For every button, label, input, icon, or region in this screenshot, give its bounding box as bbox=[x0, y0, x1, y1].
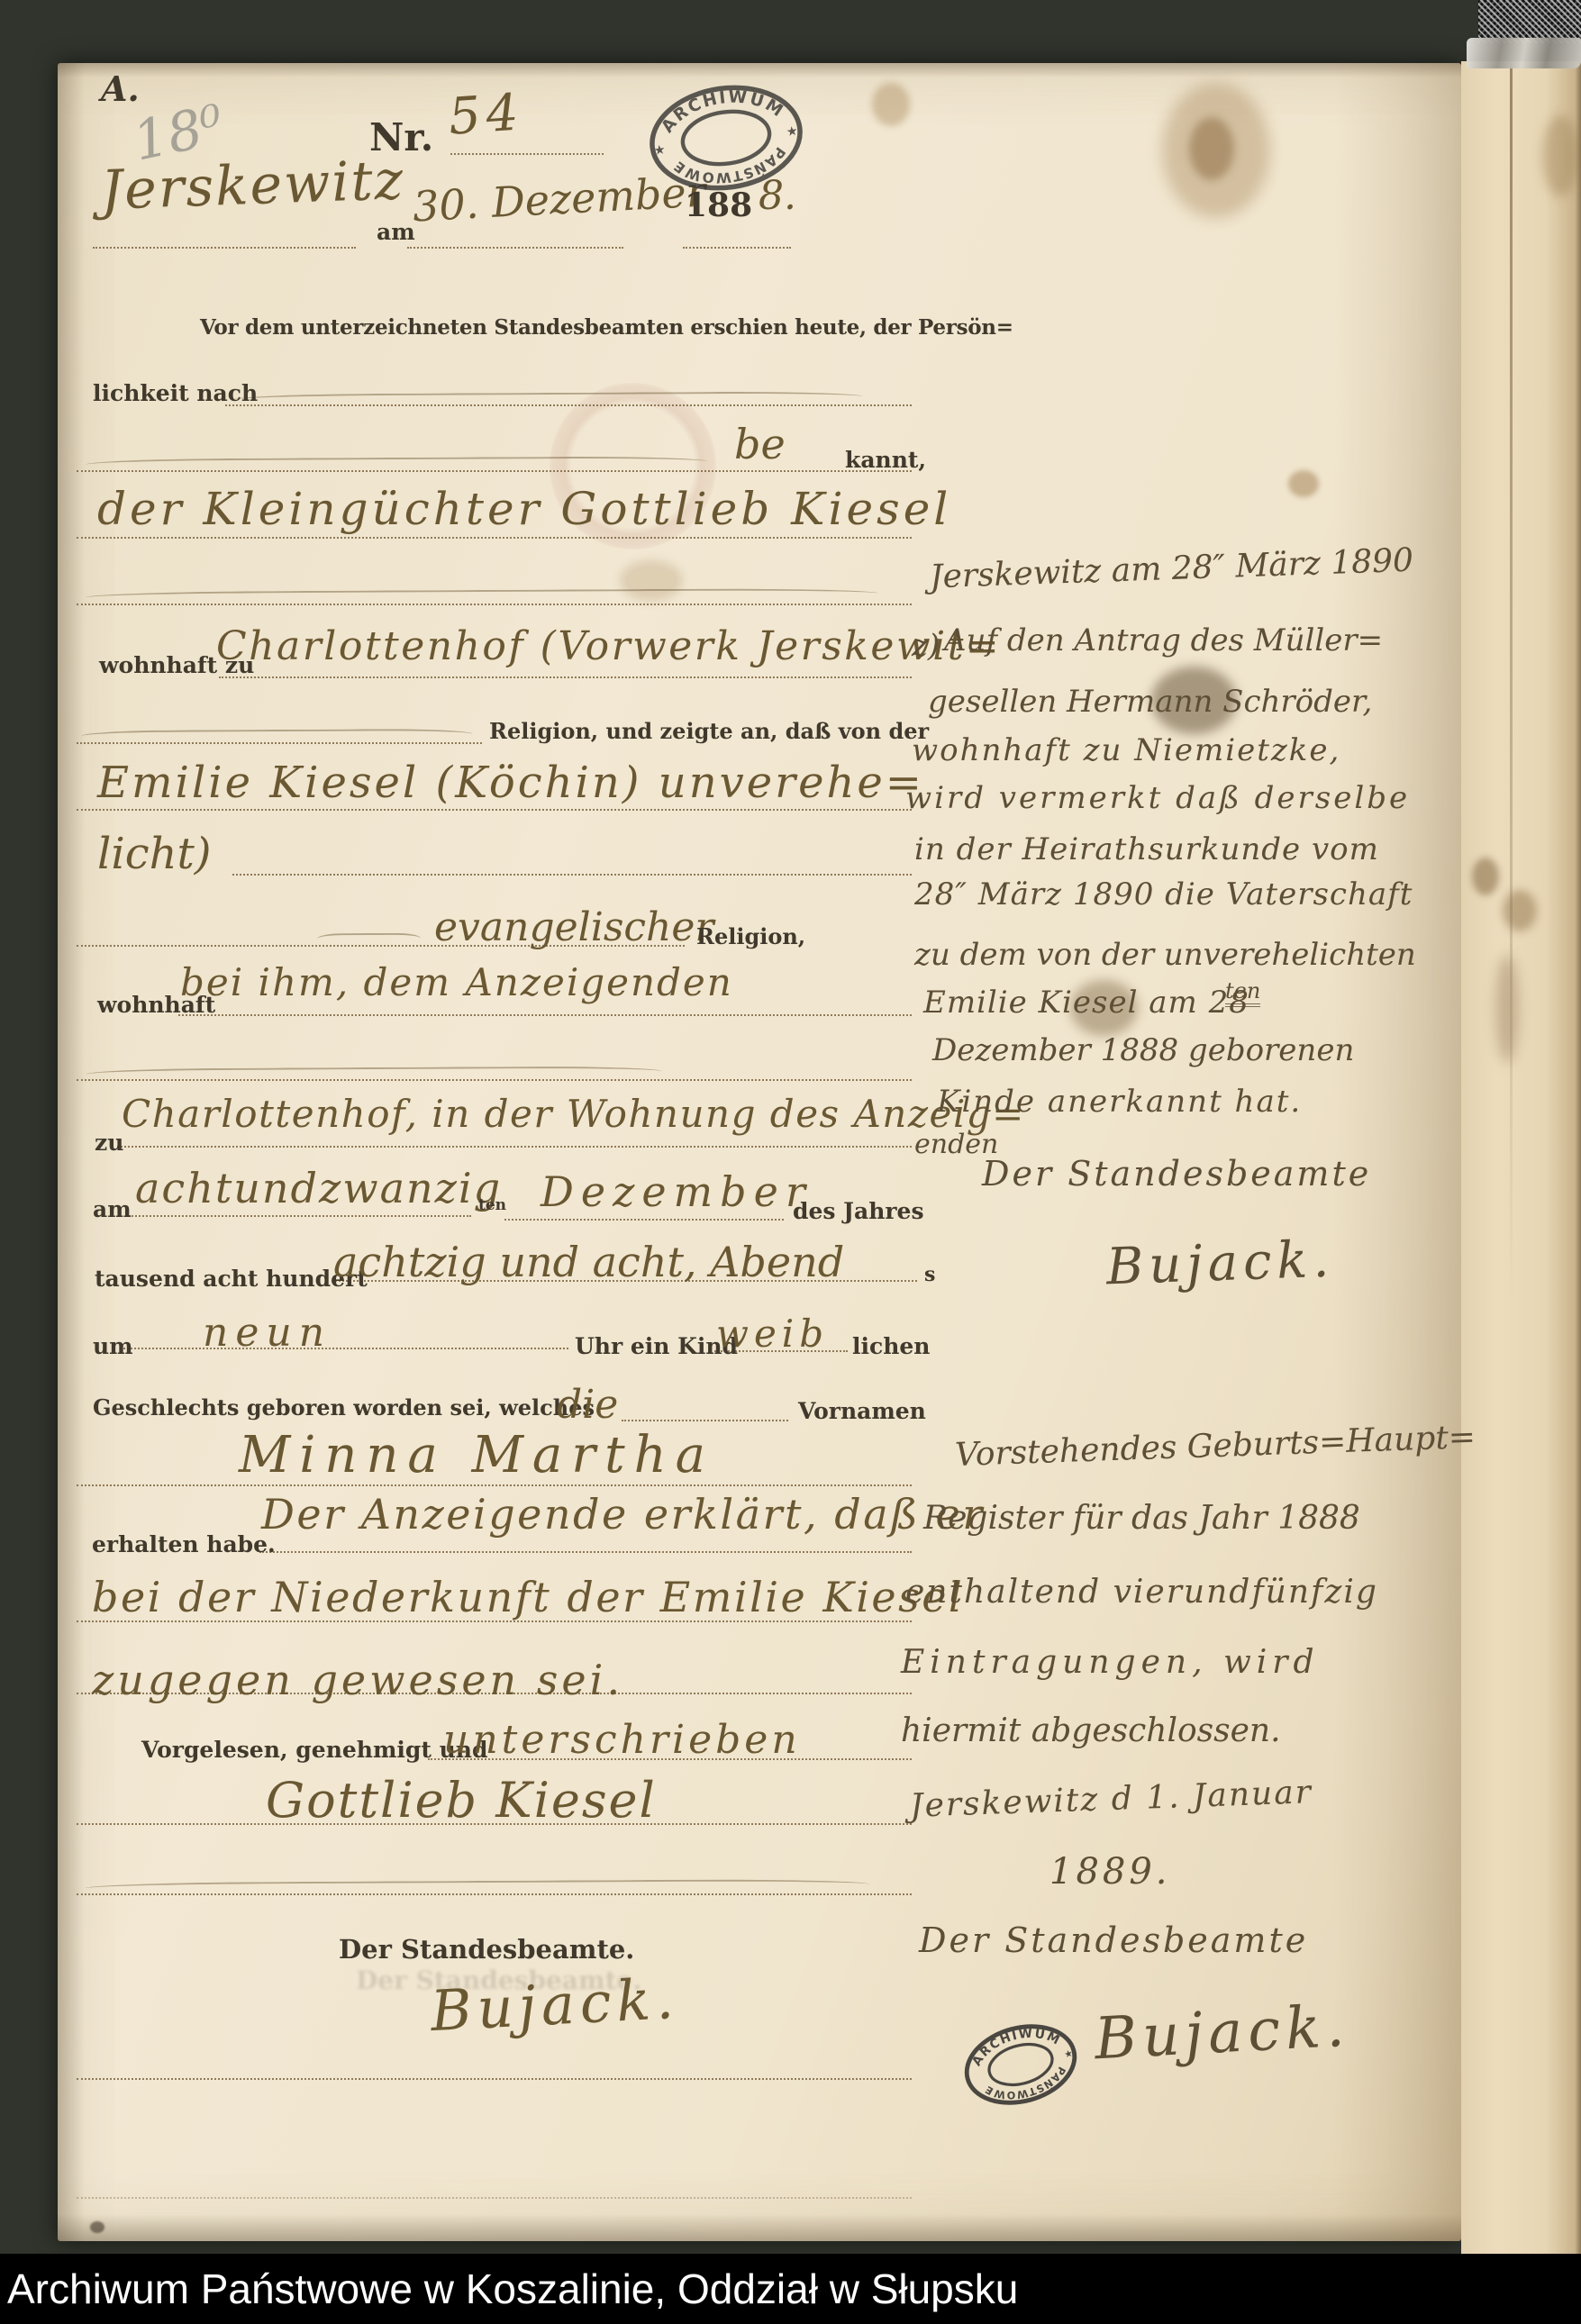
dotted-rule bbox=[622, 1420, 788, 1421]
archive-footer-bar: Archiwum Państwowe w Koszalinie, Oddział… bbox=[0, 2254, 1581, 2324]
margin-note1-line: Dezember 1888 geborenen bbox=[932, 1035, 1354, 1066]
zu-label: zu bbox=[95, 1131, 123, 1154]
geschlechts-label: Geschlechts geboren worden sei, welches bbox=[93, 1397, 595, 1419]
margin-note1-registrar: Der Standesbeamte bbox=[982, 1157, 1371, 1191]
dotted-rule bbox=[77, 742, 482, 744]
lichen-label: lichen bbox=[852, 1335, 930, 1357]
page-edge-shade-left bbox=[58, 63, 85, 2241]
margin-note1-line: gesellen Hermann Schröder, bbox=[928, 686, 1372, 717]
die-entry: die bbox=[557, 1385, 618, 1425]
margin-note1-line: 28″ März 1890 die Vaterschaft bbox=[914, 879, 1413, 910]
dotted-rule bbox=[450, 153, 604, 155]
dotted-rule bbox=[178, 1014, 912, 1016]
page-crease-line bbox=[1510, 63, 1513, 1306]
kannt-label: kannt, bbox=[845, 449, 926, 471]
registrar-label: Der Standesbeamte. bbox=[339, 1937, 634, 1963]
am-label: am bbox=[377, 221, 415, 243]
dotted-rule bbox=[117, 1146, 912, 1148]
dotted-rule bbox=[77, 2197, 912, 2199]
form-intro-line2: lichkeit nach bbox=[93, 382, 258, 404]
margin-note2-line: hiermit abgeschlossen. bbox=[901, 1715, 1281, 1748]
dotted-rule bbox=[77, 604, 912, 605]
year-words-entry: achtzig und acht, Abend bbox=[333, 1241, 844, 1283]
archive-footer-text: Archiwum Państwowe w Koszalinie, Oddział… bbox=[7, 2254, 1018, 2324]
dotted-rule bbox=[129, 1215, 471, 1217]
residence-wrap-entry: z) bbox=[912, 631, 940, 661]
margin-note1-line: Kinde anerkannt hat. bbox=[937, 1086, 1302, 1117]
dotted-rule bbox=[225, 404, 912, 406]
place-entry: Jerskewitz bbox=[100, 153, 405, 218]
foil-wrap bbox=[1467, 38, 1581, 68]
dotted-rule bbox=[93, 247, 356, 249]
religion-label: Religion, bbox=[696, 926, 805, 948]
uhr-ein-kind-label: Uhr ein Kind bbox=[575, 1335, 738, 1357]
dotted-rule bbox=[683, 247, 791, 249]
form-corner-letter: A. bbox=[101, 72, 140, 106]
stamp-star-right: ★ bbox=[786, 124, 799, 141]
dotted-rule bbox=[232, 874, 912, 876]
form-intro-line1: Vor dem unterzeichneten Standesbeamten e… bbox=[200, 317, 1013, 338]
page-gutter-shade bbox=[1333, 63, 1461, 2241]
margin-note2-signature: Bujack. bbox=[1094, 1998, 1351, 2069]
residence2-entry: bei ihm, dem Anzeigenden bbox=[180, 964, 733, 1002]
scanned-document-photo: { "stamp": {"top": "ARCHIWUM", "bottom":… bbox=[0, 0, 1581, 2324]
residence-entry: Charlottenhof (Vorwerk Jerskewit= bbox=[216, 627, 1001, 667]
margin-note1-line: in der Heirathsurkunde vom bbox=[914, 834, 1379, 865]
birth-month-entry: Dezember bbox=[541, 1171, 813, 1212]
dotted-rule bbox=[77, 1079, 912, 1081]
margin-note2-line: Eintragungen, wird bbox=[901, 1647, 1320, 1679]
hour-entry: neun bbox=[203, 1313, 332, 1353]
margin-note1-line: wohnhaft zu Niemietzke, bbox=[912, 735, 1340, 766]
dotted-rule bbox=[77, 1893, 912, 1895]
birthplace-entry: Charlottenhof, in der Wohnung des Anzeig… bbox=[122, 1095, 1025, 1133]
registrar-signature: Bujack. bbox=[430, 1971, 681, 2039]
dotted-rule bbox=[77, 470, 912, 472]
be-entry: be bbox=[734, 423, 786, 465]
vornamen-label: Vornamen bbox=[798, 1400, 926, 1422]
child-names-entry: Minna Martha bbox=[239, 1430, 714, 1481]
dotted-rule bbox=[407, 247, 623, 249]
document-page bbox=[58, 63, 1461, 2241]
adjacent-page-edge bbox=[1461, 61, 1581, 2254]
margin-note1-line: zu dem von der unverehelichten bbox=[914, 940, 1416, 970]
margin-note2-registrar: Der Standesbeamte bbox=[919, 1923, 1308, 1957]
religion-entry: evangelischer bbox=[434, 908, 713, 948]
sex-entry: weib bbox=[716, 1315, 829, 1353]
dotted-rule bbox=[120, 1348, 568, 1349]
statement-entry-line2: bei der Niederkunft der Emilie Kiesel bbox=[92, 1576, 964, 1618]
archive-stamp: ARCHIWUM PAŃSTWOWE ★ ★ bbox=[640, 72, 812, 203]
pen-stroke bbox=[317, 933, 421, 945]
birth-day-entry: achtundzwanzig bbox=[135, 1167, 502, 1209]
am-day-label: am bbox=[93, 1198, 132, 1221]
mother-entry-line2: licht) bbox=[97, 832, 212, 876]
margin-note1-line: wird vermerkt daß derselbe bbox=[905, 783, 1410, 813]
vorgelesen-label: Vorgelesen, genehmigt und bbox=[141, 1738, 487, 1761]
declarant-entry: der Kleingüchter Gottlieb Kiesel bbox=[97, 486, 951, 531]
margin-note1-line: Emilie Kiesel am 28 bbox=[923, 987, 1249, 1018]
dotted-rule bbox=[219, 676, 912, 678]
margin-note2-line: enthaltend vierundfünfzig bbox=[905, 1576, 1378, 1609]
statement-entry-line3: zugegen gewesen sei. bbox=[92, 1659, 623, 1701]
des-jahres-label: des Jahres bbox=[793, 1200, 924, 1222]
mother-entry-line1: Emilie Kiesel (Köchin) unverehe= bbox=[97, 761, 924, 804]
dotted-rule bbox=[77, 2078, 912, 2080]
tausend-label: tausend acht hundert bbox=[95, 1267, 368, 1290]
margin-note1-signature: Bujack. bbox=[1105, 1235, 1335, 1294]
margin-note2-line: 1889. bbox=[1049, 1854, 1171, 1890]
book-clamp bbox=[1478, 0, 1581, 43]
page-edge-shade-top bbox=[58, 63, 1461, 77]
dotted-rule bbox=[259, 1551, 912, 1553]
margin-note1-sup-ten: ten bbox=[1225, 980, 1260, 1007]
dotted-rule bbox=[77, 809, 912, 811]
erhalten-habe-label: erhalten habe. bbox=[92, 1533, 276, 1556]
margin-note2-line: Register für das Jahr 1888 bbox=[923, 1502, 1360, 1535]
statement-entry-line1: Der Anzeigende erklärt, daß er bbox=[261, 1493, 985, 1535]
dotted-rule bbox=[504, 1219, 784, 1221]
unterschrieben-entry: unterschrieben bbox=[443, 1720, 801, 1760]
ten-label: ten bbox=[478, 1198, 506, 1213]
page-edge-shade-bottom bbox=[58, 2214, 1461, 2241]
religion-anzeige-label: Religion, und zeigte an, daß von der bbox=[489, 721, 929, 742]
stamp-star-left: ★ bbox=[653, 142, 667, 159]
dotted-rule bbox=[77, 537, 912, 539]
margin-note1-line: Auf den Antrag des Müller= bbox=[944, 625, 1383, 656]
record-number-value: 54 bbox=[447, 87, 525, 143]
um-label: um bbox=[93, 1335, 133, 1357]
dotted-rule bbox=[77, 1484, 912, 1486]
s-label: s bbox=[924, 1265, 935, 1285]
declarant-signature: Gottlieb Kiesel bbox=[266, 1776, 657, 1825]
